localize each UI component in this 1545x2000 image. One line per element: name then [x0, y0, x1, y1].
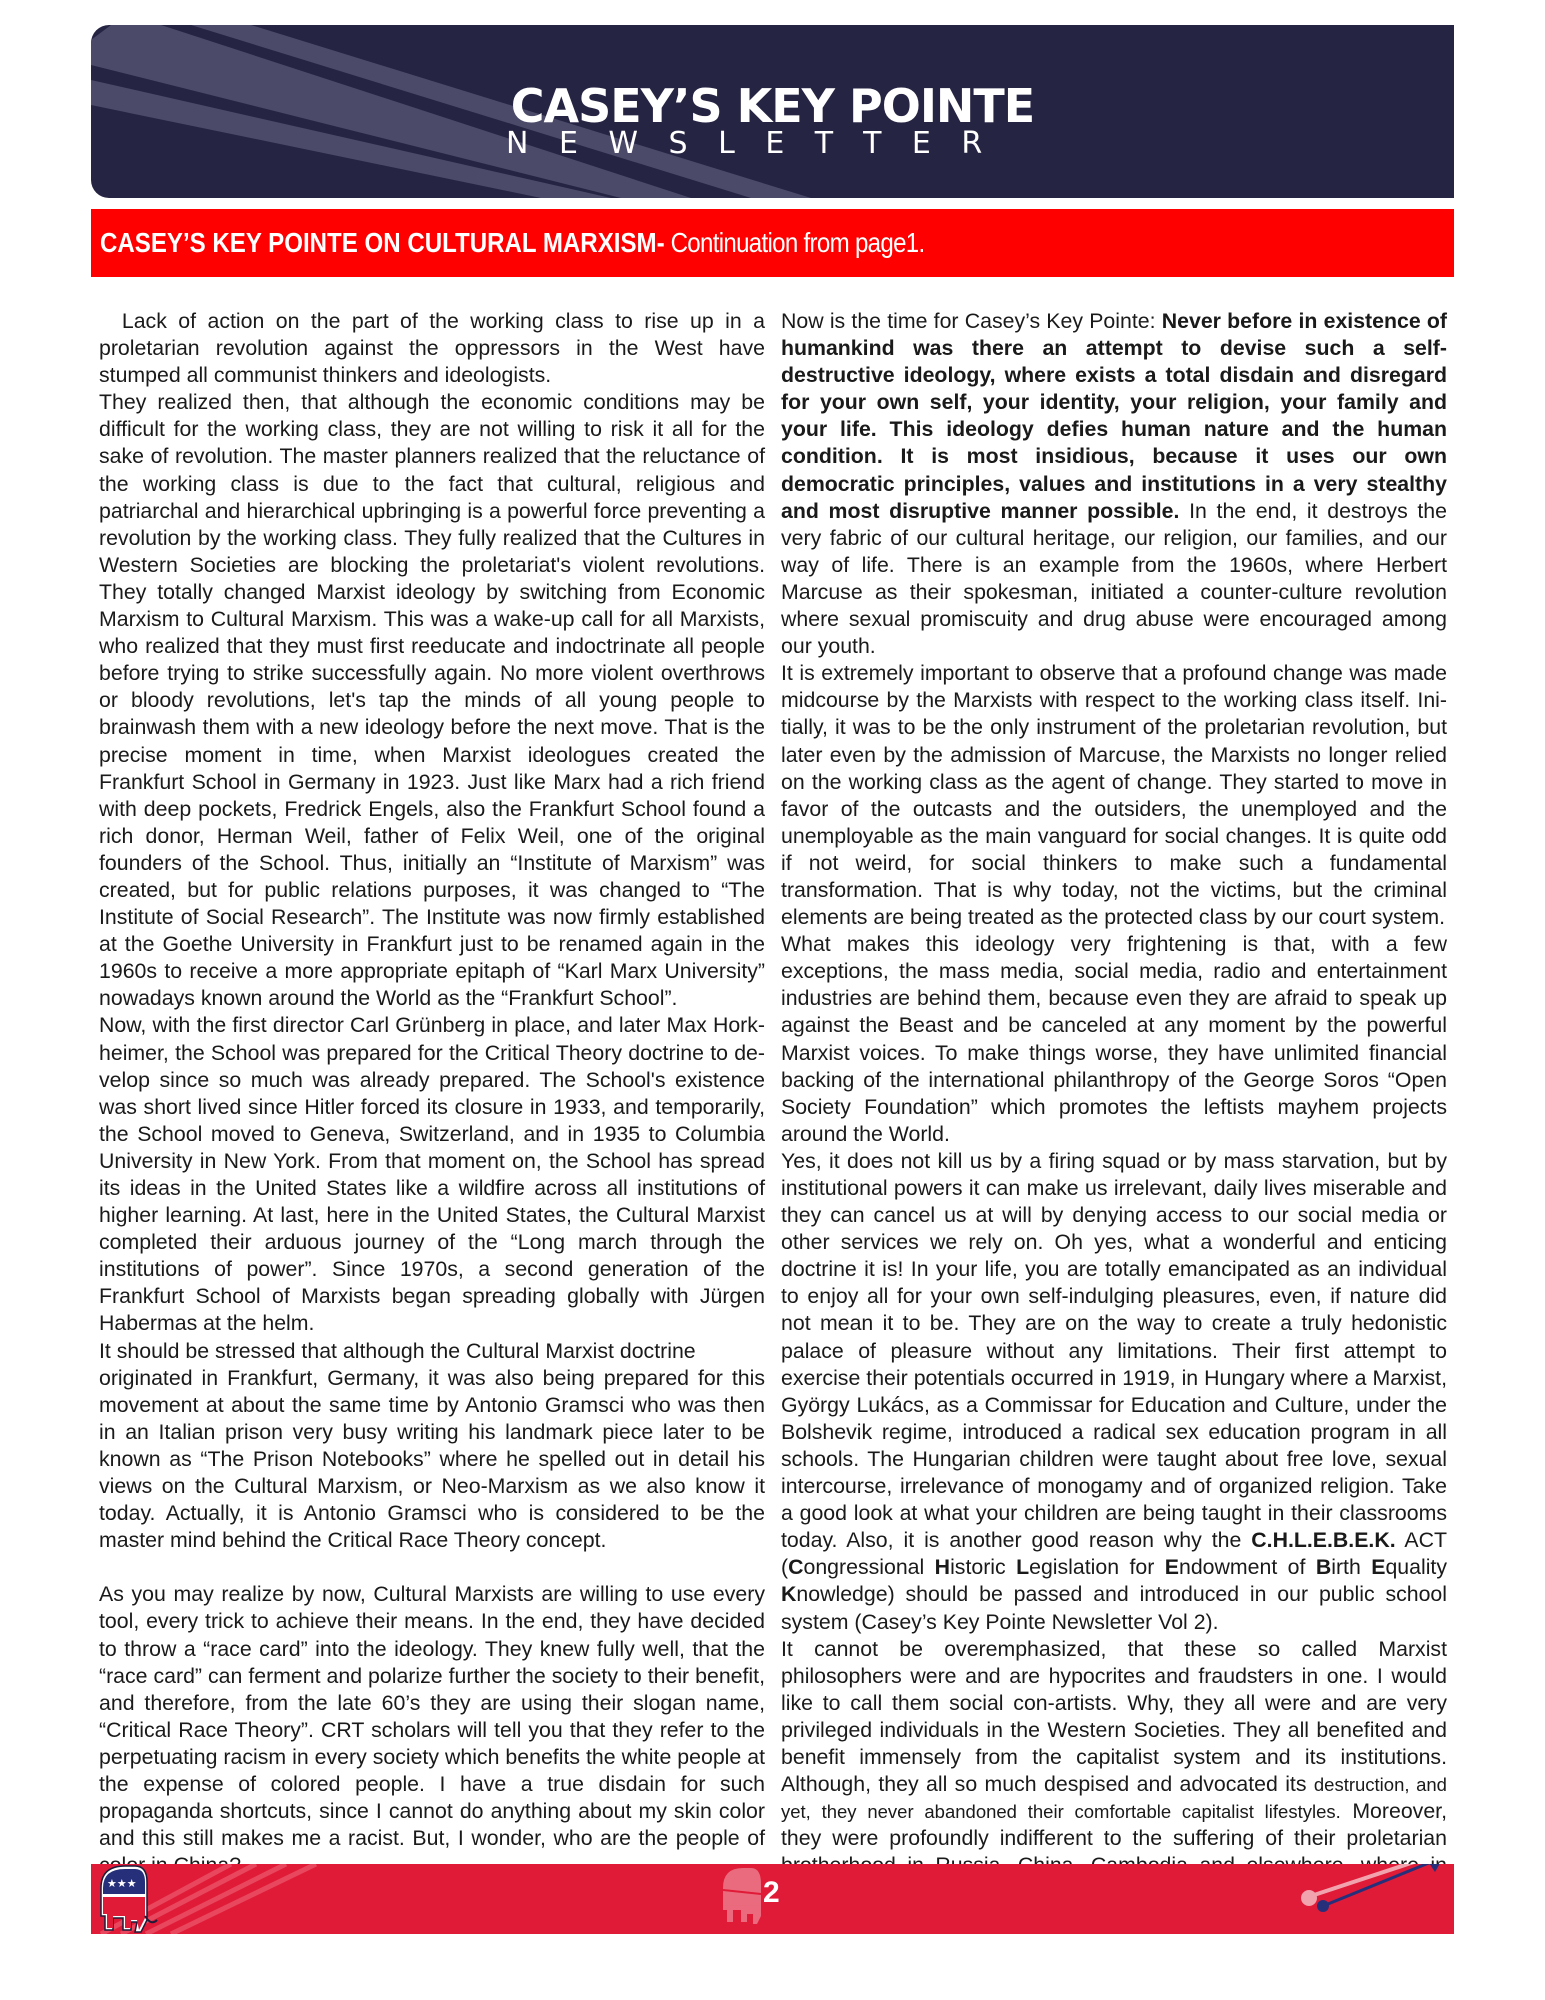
page-footer: ★★★ 2	[91, 1864, 1454, 1934]
paragraph-spacer	[99, 1554, 765, 1581]
paragraph: Now is the time for Casey’s Key Pointe: …	[781, 308, 1447, 660]
paragraph: It is extremely important to observe tha…	[781, 660, 1447, 931]
paragraph: Yes, it does not kill us by a firing squ…	[781, 1148, 1447, 1636]
svg-text:★★★: ★★★	[107, 1877, 137, 1890]
act-acronym: C.H.L.E.B.E.K.	[1251, 1528, 1395, 1552]
key-pointe-statement: Never before in existence of humankind w…	[781, 309, 1447, 523]
page-number: 2	[763, 1878, 780, 1908]
paragraph: Lack of action on the part of the workin…	[99, 308, 765, 389]
acronym-initial: E	[1165, 1555, 1179, 1579]
acronym-word: eg­islation for	[1029, 1555, 1165, 1579]
paragraph-text: Yes, it does not kill us by a firing squ…	[781, 1149, 1447, 1552]
article-column-right: Now is the time for Casey’s Key Pointe: …	[781, 308, 1447, 1934]
faded-elephant-icon	[723, 1868, 761, 1924]
paragraph: As you may realize by now, Cultural Marx…	[99, 1581, 765, 1879]
acronym-initial: H	[935, 1555, 950, 1579]
paragraph: They realized then, that although the ec…	[99, 389, 765, 1012]
newsletter-masthead: CASEY’S KEY POINTE NEWSLETTER	[91, 25, 1454, 198]
acronym-word: quality	[1385, 1555, 1447, 1579]
article-title-bar: CASEY’S KEY POINTE ON CULTURAL MARXISM- …	[91, 209, 1454, 277]
arrow-graphic-icon	[1301, 1864, 1443, 1912]
acronym-initial: B	[1316, 1555, 1331, 1579]
paragraph-line: It should be stressed that although the …	[99, 1338, 765, 1365]
acronym-word: irth	[1331, 1555, 1371, 1579]
paragraph: What makes this ideology very frightenin…	[781, 931, 1447, 1148]
acronym-initial: C	[788, 1555, 803, 1579]
key-pointe-lead: Now is the time for Casey’s Key Pointe:	[781, 309, 1162, 333]
acronym-initial: L	[1016, 1555, 1029, 1579]
paragraph-text: It cannot be overemphasized, that these …	[781, 1637, 1447, 1796]
masthead-subtitle: NEWSLETTER	[506, 129, 1013, 159]
acronym-word: ongressional	[803, 1555, 934, 1579]
paragraph: originated in Frankfurt, Germany, it was…	[99, 1365, 765, 1555]
acronym-word: ndowment of	[1179, 1555, 1316, 1579]
article-title-continuation: Continuation from page1.	[665, 227, 925, 258]
acronym-initial: E	[1371, 1555, 1385, 1579]
article-column-left: Lack of action on the part of the workin…	[99, 308, 765, 1879]
acronym-word: istoric	[950, 1555, 1016, 1579]
article-title-bold: CASEY’S KEY POINTE ON CULTURAL MARXISM-	[100, 227, 665, 258]
article-title: CASEY’S KEY POINTE ON CULTURAL MARXISM- …	[100, 229, 924, 257]
masthead-title: CASEY’S KEY POINTE	[91, 83, 1454, 129]
paragraph: Now, with the first director Carl Grünbe…	[99, 1012, 765, 1337]
acronym-word: nowledge	[796, 1582, 887, 1606]
acronym-initial: K	[781, 1582, 796, 1606]
